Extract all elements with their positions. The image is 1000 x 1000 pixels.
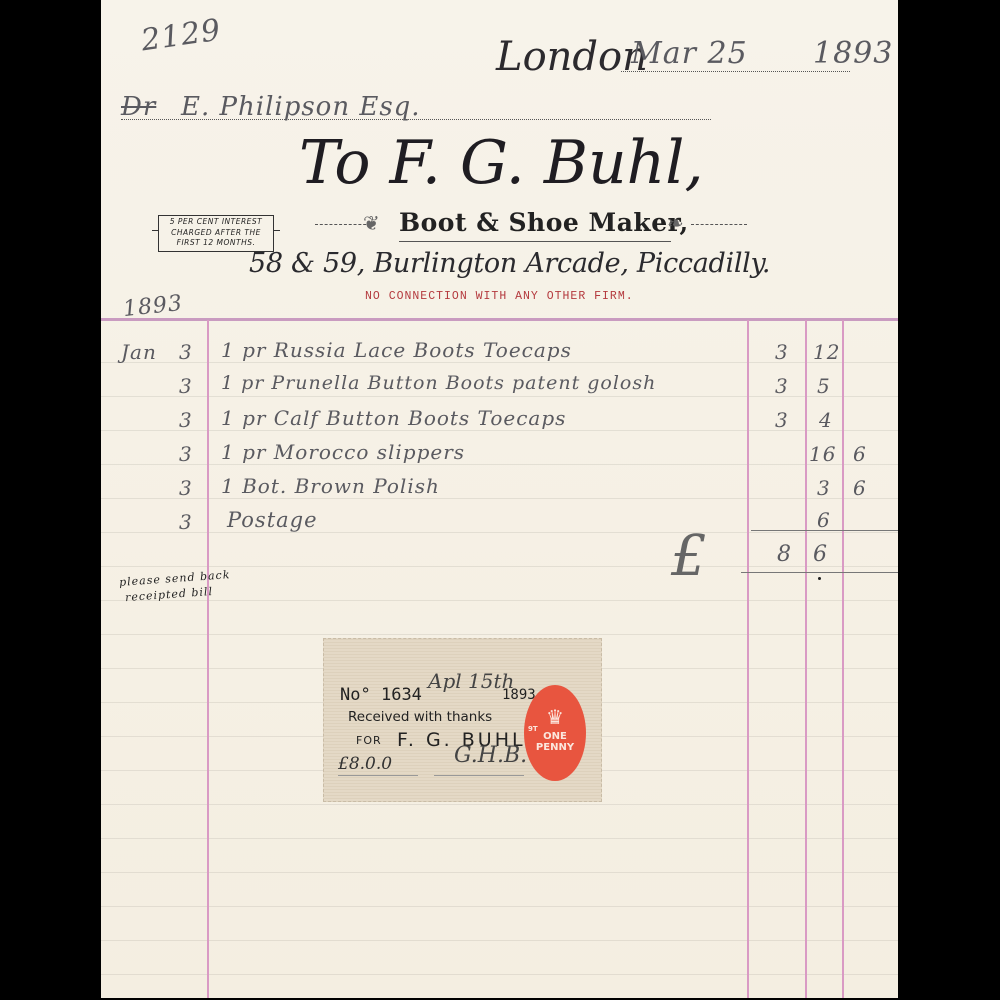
- interest-notice: 5 PER CENT INTEREST CHARGED AFTER THE FI…: [158, 215, 274, 252]
- total-pounds: 8: [777, 542, 792, 567]
- pounds-column-rule: [747, 320, 749, 998]
- item-pence: 6: [853, 476, 867, 500]
- merchant-address: 58 & 59, Burlington Arcade, Piccadilly.: [249, 248, 770, 279]
- item-shillings: 4: [819, 408, 833, 432]
- item-description: Postage: [227, 508, 318, 532]
- item-description: 1 pr Russia Lace Boots Toecaps: [221, 338, 572, 362]
- ornament-scroll-left-icon: ❦: [363, 211, 380, 235]
- ruled-line: [101, 838, 898, 839]
- item-shillings: 16: [809, 442, 836, 466]
- customer-prefix: Dr: [121, 92, 156, 122]
- ruled-line: [101, 634, 898, 635]
- margin-note-line-2: receipted bill: [125, 585, 214, 604]
- receipt-amount: £8.0.0: [338, 754, 392, 774]
- item-day: 3: [179, 408, 193, 432]
- receipt-number: No° 1634: [340, 685, 422, 705]
- item-day: 3: [179, 476, 193, 500]
- receipt-signature: G.H.B.: [454, 743, 527, 768]
- item-pounds: 3: [775, 340, 789, 364]
- ruled-line: [101, 906, 898, 907]
- ruled-line: [101, 974, 898, 975]
- interest-line-3: FIRST 12 MONTHS.: [159, 238, 273, 249]
- trade-title: Boot & Shoe Maker,: [399, 208, 689, 237]
- item-shillings: 3: [817, 476, 831, 500]
- item-description: 1 pr Prunella Button Boots patent golosh: [221, 372, 656, 394]
- customer-dotted-line: [121, 119, 711, 120]
- disclaimer: NO CONNECTION WITH ANY OTHER FIRM.: [365, 290, 634, 303]
- ornament-line-right: [691, 224, 747, 226]
- place-name: London: [496, 34, 648, 80]
- invoice-paper: 2129 London Mar 25 1893 Dr E. Philipson …: [101, 0, 898, 998]
- subtotal-rule: [751, 530, 898, 531]
- item-day: 3: [179, 340, 193, 364]
- item-description: 1 pr Morocco slippers: [221, 440, 465, 464]
- interest-line-1: 5 PER CENT INTEREST: [159, 217, 273, 228]
- merchant-script-name: To F. G. Buhl,: [299, 128, 704, 198]
- item-description: 1 pr Calf Button Boots Toecaps: [221, 406, 566, 430]
- ornament-scroll-right-icon: ❧: [667, 211, 684, 235]
- signature-underline: [434, 775, 524, 776]
- receipt-number-label: No: [340, 685, 360, 705]
- item-shillings: 5: [817, 374, 831, 398]
- shillings-column-rule: [805, 320, 807, 998]
- item-pounds: 3: [775, 374, 789, 398]
- item-description: 1 Bot. Brown Polish: [221, 474, 440, 498]
- item-day: 3: [179, 510, 193, 534]
- amount-underline: [338, 775, 418, 776]
- total-shillings: 6: [813, 542, 828, 567]
- ruled-line: [101, 464, 898, 465]
- invoice-date: Mar 25: [631, 36, 748, 71]
- invoice-year: 1893: [813, 36, 893, 71]
- item-day: 3: [179, 374, 193, 398]
- item-pence: 6: [853, 442, 867, 466]
- item-shillings: 12: [813, 340, 840, 364]
- ruled-line: [101, 498, 898, 499]
- total-currency-symbol: £: [671, 524, 708, 589]
- ruled-line: [101, 804, 898, 805]
- date-column-rule: [207, 320, 209, 998]
- ruled-line: [101, 940, 898, 941]
- item-month: Jan: [121, 340, 157, 364]
- receipt-for-label: FOR: [356, 734, 382, 747]
- item-pounds: 3: [775, 408, 789, 432]
- item-pence: 6: [817, 508, 831, 532]
- stamp-value: ONE PENNY: [524, 731, 586, 753]
- pence-column-rule: [842, 320, 844, 998]
- ruled-line: [101, 532, 898, 533]
- header-rule: [101, 318, 898, 321]
- trade-underline: [399, 241, 671, 242]
- interest-line-2: CHARGED AFTER THE: [159, 228, 273, 239]
- ruled-line: [101, 600, 898, 601]
- margin-note-line-1: please send back: [119, 568, 231, 589]
- receipt-number-value: 1634: [381, 685, 422, 705]
- date-dotted-line: [621, 71, 850, 72]
- receipt-received-text: Received with thanks: [348, 709, 492, 725]
- item-day: 3: [179, 442, 193, 466]
- ruled-line: [101, 872, 898, 873]
- total-dot: [818, 577, 821, 580]
- customer-name: E. Philipson Esq.: [181, 92, 421, 122]
- receipt-slip: No° 1634 Apl 15th 1893 Received with tha…: [323, 638, 602, 802]
- reference-number: 2129: [139, 13, 223, 59]
- penny-stamp: ♛ 9T ONE PENNY: [524, 685, 586, 781]
- total-rule: [741, 572, 898, 573]
